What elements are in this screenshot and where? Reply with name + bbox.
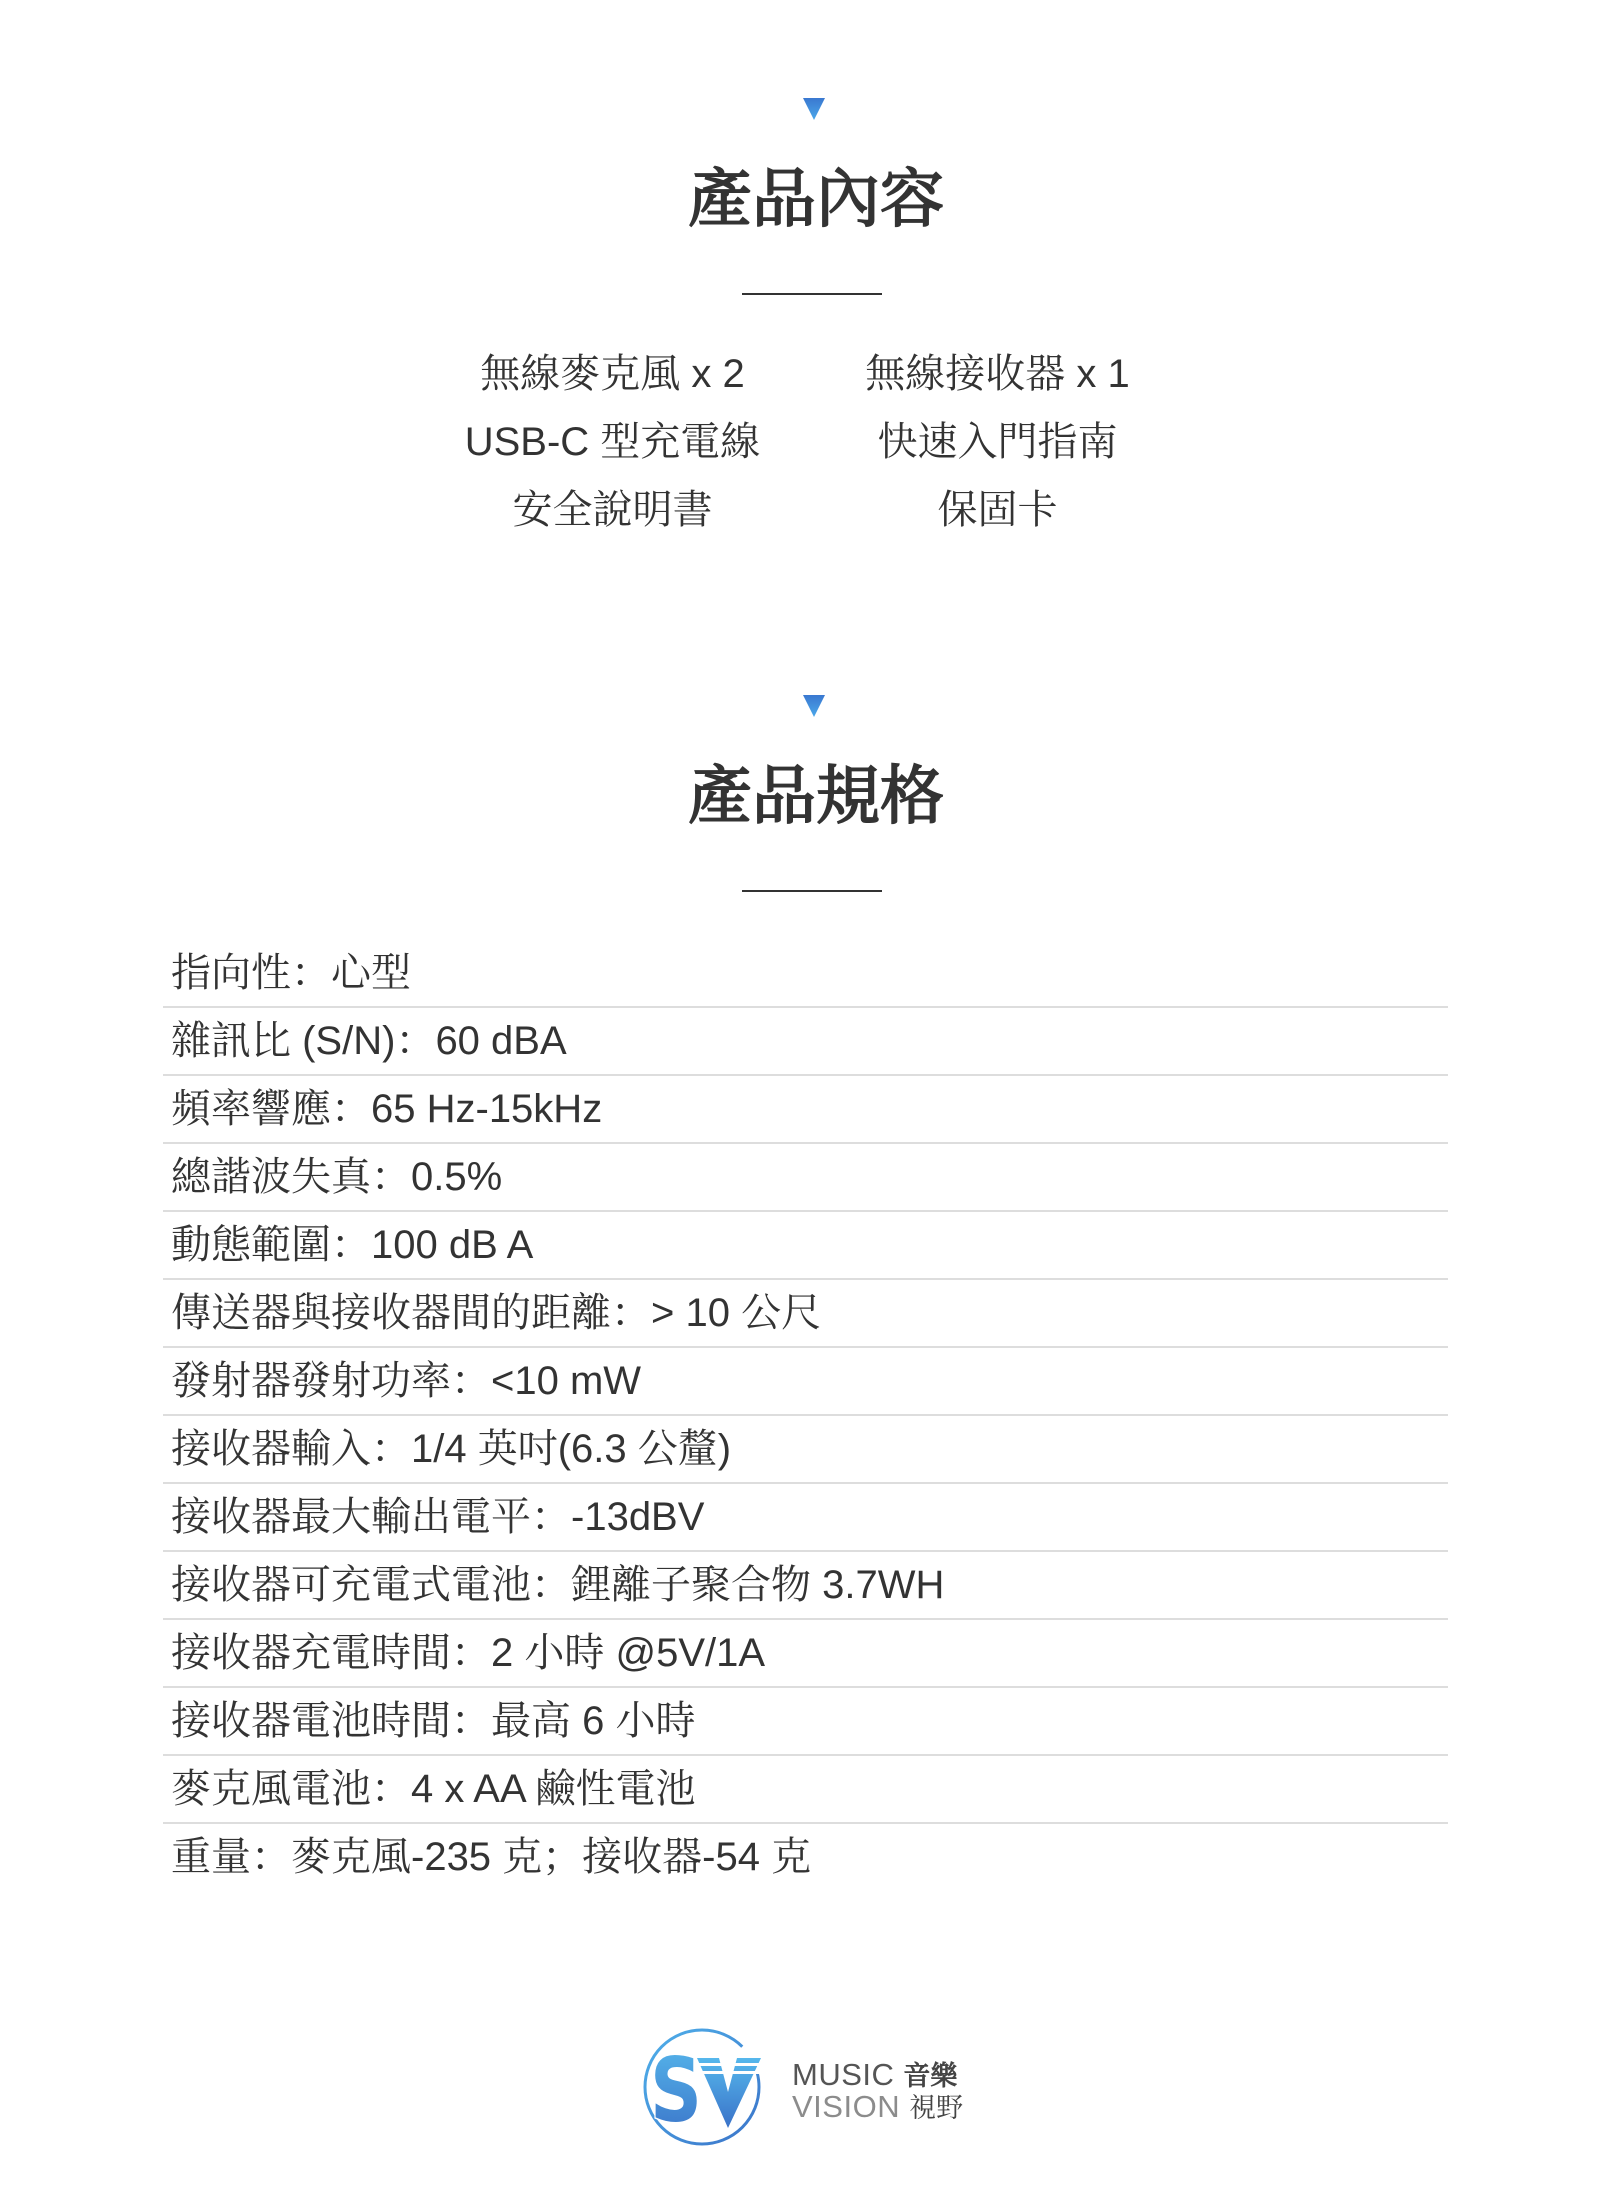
spec-row: 接收器電池時間：最高 6 小時 [163, 1688, 1448, 1756]
spec-value: > 10 公尺 [651, 1291, 821, 1335]
spec-separator: ： [331, 1223, 371, 1267]
spec-row: 雜訊比 (S/N)：60 dBA [163, 1008, 1448, 1076]
spec-value: 心型 [331, 951, 411, 995]
spec-value: <10 mW [491, 1359, 641, 1403]
spec-row: 麥克風電池：4 x AA 鹼性電池 [163, 1756, 1448, 1824]
spec-label: 接收器輸入 [171, 1427, 371, 1471]
spec-separator: ： [251, 1835, 291, 1879]
brand-music-text: MUSIC [792, 2057, 894, 2092]
spec-row: 接收器輸入：1/4 英吋(6.3 公釐) [163, 1416, 1448, 1484]
spec-value: 麥克風-235 克；接收器-54 克 [291, 1835, 811, 1879]
contents-item: USB-C 型充電線 [420, 408, 805, 476]
logo-letter-s: S [650, 2039, 702, 2142]
spec-separator: ： [451, 1631, 491, 1675]
spec-separator: ： [291, 951, 331, 995]
spec-label: 接收器充電時間 [171, 1631, 451, 1675]
spec-separator: ： [531, 1563, 571, 1607]
spec-value: 1/4 英吋(6.3 公釐) [411, 1427, 731, 1471]
spec-separator: ： [451, 1359, 491, 1403]
title-underline [742, 890, 882, 892]
contents-item: 無線麥克風 x 2 [420, 340, 805, 408]
title-underline [742, 293, 882, 295]
logo-stripe [694, 2063, 764, 2066]
spec-label: 接收器可充電式電池 [171, 1563, 531, 1607]
contents-item: 安全說明書 [420, 476, 805, 544]
triangle-down-icon [803, 98, 825, 120]
spec-value: 4 x AA 鹼性電池 [411, 1767, 696, 1811]
spec-row: 指向性：心型 [163, 940, 1448, 1008]
contents-list: 無線麥克風 x 2 無線接收器 x 1 USB-C 型充電線 快速入門指南 安全… [420, 340, 1190, 544]
brand-name-line2: VISION視野 [792, 2091, 963, 2123]
spec-label: 接收器電池時間 [171, 1699, 451, 1743]
spec-label: 雜訊比 (S/N) [171, 1019, 395, 1063]
spec-label: 指向性 [171, 951, 291, 995]
spec-list: 指向性：心型 雜訊比 (S/N)：60 dBA 頻率響應：65 Hz-15kHz… [163, 940, 1448, 1892]
brand-logo-mark: S [640, 2025, 770, 2150]
section-title-contents: 產品內容 [566, 160, 1066, 240]
contents-item: 無線接收器 x 1 [805, 340, 1190, 408]
spec-separator: ： [331, 1087, 371, 1131]
spec-value: 最高 6 小時 [491, 1699, 695, 1743]
spec-label: 發射器發射功率 [171, 1359, 451, 1403]
spec-label: 重量 [171, 1835, 251, 1879]
contents-item: 快速入門指南 [805, 408, 1190, 476]
spec-label: 動態範圍 [171, 1223, 331, 1267]
spec-row: 接收器可充電式電池：鋰離子聚合物 3.7WH [163, 1552, 1448, 1620]
spec-row: 總諧波失真：0.5% [163, 1144, 1448, 1212]
spec-value: 65 Hz-15kHz [371, 1087, 602, 1131]
logo-stripe [694, 2071, 764, 2074]
spec-value: 鋰離子聚合物 3.7WH [571, 1563, 944, 1607]
spec-value: 2 小時 @5V/1A [491, 1631, 765, 1675]
spec-row: 頻率響應：65 Hz-15kHz [163, 1076, 1448, 1144]
spec-separator: ： [531, 1495, 571, 1539]
spec-row: 重量：麥克風-235 克；接收器-54 克 [163, 1824, 1448, 1892]
brand-name-line1: MUSIC音樂 [792, 2059, 957, 2091]
spec-value: 100 dB A [371, 1223, 533, 1267]
spec-label: 接收器最大輸出電平 [171, 1495, 531, 1539]
spec-row: 發射器發射功率：<10 mW [163, 1348, 1448, 1416]
section-title-specs: 產品規格 [566, 757, 1066, 837]
spec-value: 60 dBA [435, 1019, 566, 1063]
spec-separator: ： [371, 1427, 411, 1471]
spec-row: 接收器充電時間：2 小時 @5V/1A [163, 1620, 1448, 1688]
spec-separator: ： [371, 1767, 411, 1811]
spec-row: 動態範圍：100 dB A [163, 1212, 1448, 1280]
spec-label: 總諧波失真 [171, 1155, 371, 1199]
spec-value: 0.5% [411, 1155, 502, 1199]
brand-vision-text: VISION [792, 2089, 900, 2124]
spec-label: 傳送器與接收器間的距離 [171, 1291, 611, 1335]
brand-vision-zh-text: 視野 [909, 2093, 963, 2123]
spec-label: 頻率響應 [171, 1087, 331, 1131]
spec-separator: ： [451, 1699, 491, 1743]
spec-row: 接收器最大輸出電平：-13dBV [163, 1484, 1448, 1552]
contents-item: 保固卡 [805, 476, 1190, 544]
triangle-down-icon [803, 695, 825, 717]
spec-separator: ： [611, 1291, 651, 1335]
spec-separator: ： [395, 1019, 435, 1063]
spec-value: -13dBV [571, 1495, 704, 1539]
brand-music-zh-text: 音樂 [903, 2061, 957, 2091]
spec-label: 麥克風電池 [171, 1767, 371, 1811]
spec-row: 傳送器與接收器間的距離：> 10 公尺 [163, 1280, 1448, 1348]
spec-separator: ： [371, 1155, 411, 1199]
